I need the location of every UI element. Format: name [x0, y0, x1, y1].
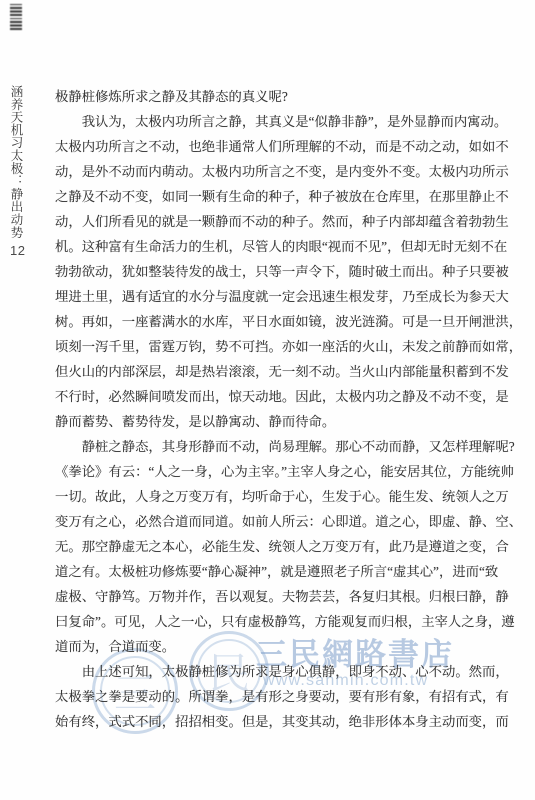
text-line: 动，人们所看见的就是一颗静而不动的种子。然而，种子内部却蕴含着勃勃生 [55, 209, 517, 234]
text-line: 《拳论》有云：“人之一身，心为主宰。”主宰人身之心，能安居其位，方能统帅 [55, 459, 517, 484]
text-line: 静而蓄势、蓄势待发，是以静寓动、静而待命。 [55, 409, 517, 434]
text-line: 虚极、守静笃。万物并作，吾以观复。夫物芸芸，各复归其根。归根曰静，静 [55, 584, 517, 609]
text-line: 动，是外不动而内萌动。太极内功所言之不变，是内变外不变。太极内功所示 [55, 159, 517, 184]
text-line: 但火山的内部深层，却是热岩滚滚，无一刻不动。当火山内部能量积蓄到不发 [55, 359, 517, 384]
text-line: 太极内功所言之不动，也绝非通常人们所理解的不动，而是不动之动，如如不 [55, 134, 517, 159]
text-line: 机。这种富有生命活力的生机，尽管人的肉眼“视而不见”，但却无时无刻不在 [55, 234, 517, 259]
text-line: 静桩之静态，其身形静而不动，尚易理解。那心不动而静，又怎样理解呢? [55, 434, 517, 459]
text-line: 变万有之心，必然合道而同道。如前人所云：心即道。道之心，即虚、静、空、 [55, 509, 517, 534]
text-line: 之静及不动不变，如同一颗有生命的种子，种子被放在仓库里，在那里静止不 [55, 184, 517, 209]
text-line: 勃勃欲动，犹如整装待发的战士，只等一声令下，随时破土而出。种子只要被 [55, 259, 517, 284]
text-line: 始有终，式式不同，招招相变。但是，其变其动，绝非形体本身主动而变，而 [55, 709, 517, 734]
text-line: 不行时，必然瞬间喷发而出，惊天动地。因此，太极内功之静及不动不变，是 [55, 384, 517, 409]
text-line: 极静桩修炼所求之静及其静态的真义呢? [55, 84, 517, 109]
text-line: 埋进土里，遇有适宜的水分与温度就一定会迅速生根发芽，乃至成长为参天大 [55, 284, 517, 309]
body-text: 极静桩修炼所求之静及其静态的真义呢? 我认为，太极内功所言之静，其真义是“似静非… [55, 84, 517, 734]
text-line: 道之有。太极桩功修炼要“静心凝神”，就是遵照老子所言“虚其心”，进而“致 [55, 559, 517, 584]
text-line: 一切。故此，人身之万变万有，均听命于心，生发于心。能生发、统领人之万 [55, 484, 517, 509]
text-line: 我认为，太极内功所言之静，其真义是“似静非静”，是外显静而内寓动。 [55, 109, 517, 134]
text-line: 由上述可知，太极静桩修为所求是身心俱静，即身不动、心不动。然而， [55, 659, 517, 684]
text-line: 道而为，合道而变。 [55, 634, 517, 659]
text-line: 太极拳之拳是要动的。所谓拳，是有形之身要动，要有形有象，有招有式，有 [55, 684, 517, 709]
book-page: 涵养天机习太极：静出动势 12 三 民 三民網路書店 www.sanmin.co… [0, 0, 535, 800]
text-line: 无。那空静虚无之本心，必能生发、统领人之万变万有，此乃是遵道之变，合 [55, 534, 517, 559]
text-line: 曰复命”。可见，人之一心，只有虚极静笃，方能观复而归根，主宰人之身，遵 [55, 609, 517, 634]
text-line: 顷刻一泻千里，雷霆万钧，势不可挡。亦如一座活的火山，未发之前静而如常， [55, 334, 517, 359]
text-line: 树。再如，一座蓄满水的水库，平日水面如镜，波光涟漪。可是一旦开闸泄洪， [55, 309, 517, 334]
